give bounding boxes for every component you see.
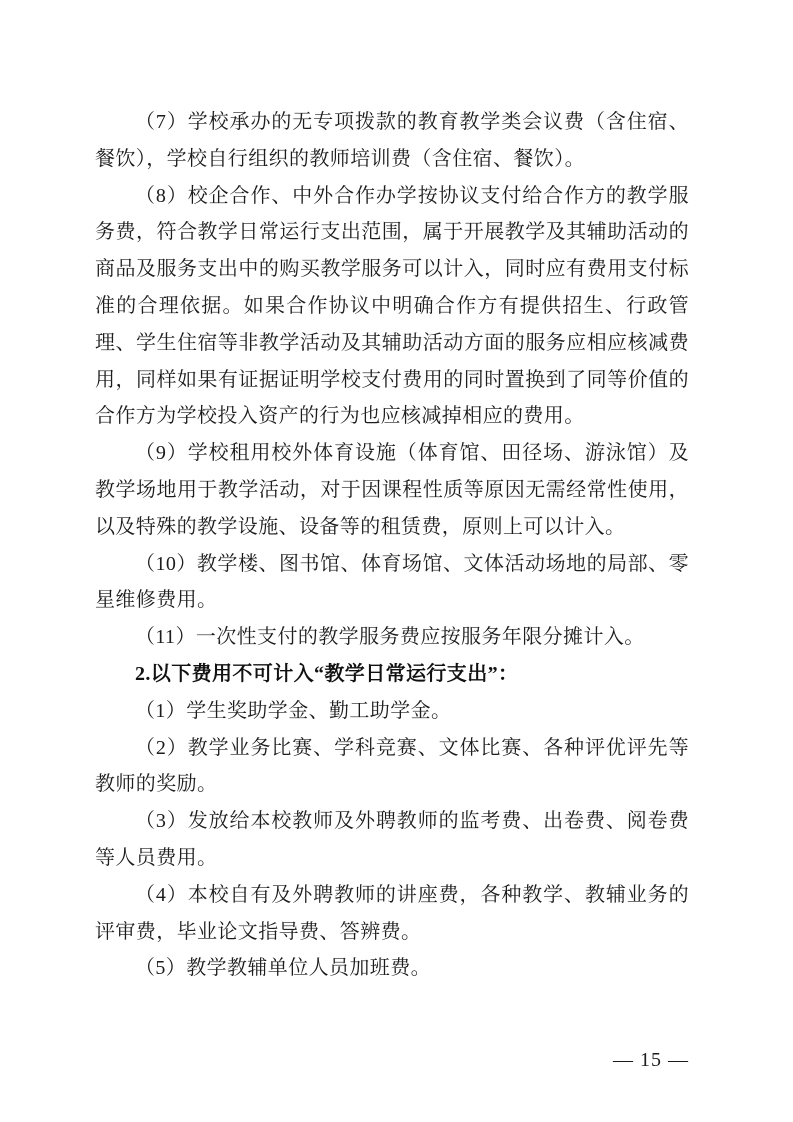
document-body: （7）学校承办的无专项拨款的教育教学类会议费（含住宿、餐饮），学校自行组织的教师… bbox=[95, 104, 689, 987]
paragraph-item-10: （10）教学楼、图书馆、体育场馆、文体活动场地的局部、零星维修费用。 bbox=[95, 546, 689, 620]
paragraph-item-3: （3）发放给本校教师及外聘教师的监考费、出卷费、阅卷费等人员费用。 bbox=[95, 803, 689, 877]
page-number: — 15 — bbox=[613, 1048, 689, 1072]
paragraph-item-2: （2）教学业务比赛、学科竞赛、文体比赛、各种评优评先等教师的奖励。 bbox=[95, 730, 689, 804]
paragraph-item-1: （1）学生奖助学金、勤工助学金。 bbox=[95, 693, 689, 730]
paragraph-item-11: （11）一次性支付的教学服务费应按服务年限分摊计入。 bbox=[95, 619, 689, 656]
paragraph-item-7: （7）学校承办的无专项拨款的教育教学类会议费（含住宿、餐饮），学校自行组织的教师… bbox=[95, 104, 689, 178]
paragraph-item-9: （9）学校租用校外体育设施（体育馆、田径场、游泳馆）及教学场地用于教学活动，对于… bbox=[95, 435, 689, 545]
paragraph-item-8: （8）校企合作、中外合作办学按协议支付给合作方的教学服务费，符合教学日常运行支出… bbox=[95, 178, 689, 436]
document-page: （7）学校承办的无专项拨款的教育教学类会议费（含住宿、餐饮），学校自行组织的教师… bbox=[0, 0, 793, 1122]
paragraph-item-5: （5）教学教辅单位人员加班费。 bbox=[95, 950, 689, 987]
section-2-heading: 2.以下费用不可计入“教学日常运行支出”： bbox=[95, 656, 689, 693]
paragraph-item-4: （4）本校自有及外聘教师的讲座费，各种教学、教辅业务的评审费，毕业论文指导费、答… bbox=[95, 877, 689, 951]
